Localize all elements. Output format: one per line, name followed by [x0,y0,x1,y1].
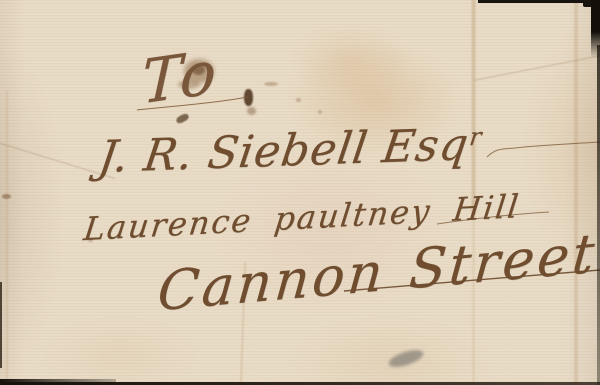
pen-flourish-strokes [0,0,600,385]
address-recipient: J. R. Siebell Esq [95,119,472,183]
ink-smudge-blob-core [192,64,205,75]
scan-edge-left-sliver [0,282,2,368]
address-street-line: Laurence paultney Hill [82,187,523,248]
ink-speck [318,110,322,114]
ink-speck [2,194,11,199]
paper-laid-lines-texture [0,0,600,385]
ink-smudge-dots [178,80,200,89]
paper-stain-toning [0,0,600,385]
ink-flick-mark [175,112,190,124]
fold-crease-center-lower [471,200,476,385]
scan-edge-top-corner-blob [583,0,600,7]
scan-edge-top-right [478,0,600,3]
ink-blot-tail [247,107,256,115]
scan-edge-right-upper [591,0,600,58]
ink-smudge-blob [184,59,214,83]
ink-speck [88,238,93,242]
fold-crease-lower-middle [239,262,247,385]
address-salutation: To [141,37,220,119]
address-recipient-superscript: r [468,123,484,152]
graphite-smudge [387,347,425,370]
fold-crease-diagonal-top-right [474,53,600,82]
ink-blot [244,89,253,106]
fold-crease-left [5,90,9,385]
letter-scan: To J. R. Siebell Esqr Laurence paultney … [0,0,600,385]
fold-crease-right [573,0,579,385]
address-recipient-line: J. R. Siebell Esqr [95,119,483,184]
address-city-line: Cannon Street [155,221,600,323]
fold-crease-diagonal-left [0,139,116,180]
ink-speck [264,82,278,86]
ink-speck [296,98,301,102]
scan-edge-bottom-left [0,379,116,385]
fold-crease-center-top [470,0,477,215]
